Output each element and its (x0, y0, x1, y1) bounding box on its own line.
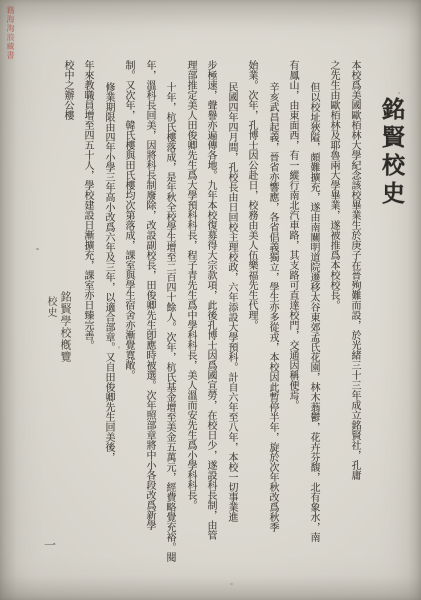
page-title: 銘賢校史 (378, 97, 408, 247)
page-number: 一 (44, 536, 56, 553)
text-column: 修業期限由四年小學三年高小改爲六年及三年，以適合部章。又自田俊卿先生回美後， (100, 60, 116, 572)
running-head-section: 校史 (43, 296, 58, 326)
scan-noise-speck (398, 92, 400, 94)
text-column: 辛亥武昌起義，晉省亦響應，各省倡義獨立，學生亦多從戎，本校因此暫停半年，旋於次年… (264, 60, 280, 572)
text-column: 制。又次年，韓氏樓與田氏樓均次第落成，課室與學生宿舍亦漸覺寬敞。 (120, 60, 136, 572)
text-column: 十年，杭氏樓落成，是年秋全校學生增至二百四十餘人。次年，杭氏基金增至美金五萬元，… (161, 60, 177, 572)
text-column: 民國四年四月間，孔校長由日回校主理校政，六年添設大學預科。計自六年至八年，本校一… (223, 60, 239, 572)
scan-noise-speck (230, 583, 233, 585)
scanned-page: 籍海淘浪藏書 銘賢校史 本校爲美國歐栢林大學紀念該校畢業生於庚子在晉殉難而設，於… (0, 0, 421, 600)
text-column: 步極速，聲譽亦遍傳各地。九年本校復募得大宗款項，此後孔博士因爲國宣勞，在校日少，… (202, 60, 218, 572)
text-column: 年來教職員增至四五十人，學校建設日漸擴充，課室亦日臻完善。 (79, 60, 95, 572)
scan-noise-speck (36, 248, 39, 250)
text-column: 始業。次年，孔博士因公赴日，校務由美人伍樂福先生代理。 (243, 60, 259, 572)
scan-watermark: 籍海淘浪藏書 (5, 6, 16, 76)
text-column: 有鳳山，由東面西，有一縱行南北汽車路，其支路可直達校門，交通因稱便焉。 (284, 60, 300, 572)
scan-noise-speck (118, 346, 120, 349)
text-column: 理部推定美人田俊卿先生爲大學預科科長，程子青先生爲中學科科長，美人溫而安先生爲小… (182, 60, 198, 572)
text-column: 但以校址狹隘，頗難擴充，遂由南關明道院遷移太谷東郊孟氏花園，林木蓊鬱，花卉芬馥，… (305, 60, 321, 572)
text-column: 本校爲美國歐栢林大學紀念該校畢業生於庚子在晉殉難而設，於光緒三十三年成立銘賢社，… (346, 60, 362, 572)
text-column: 之先生由歐栢林及耶魯兩大學畢業，遂被推爲本校校長。 (325, 60, 341, 572)
text-column: 年，溫科長回美，因將科長制廢除，改設副校長，田俊卿先生卽應時被選。次年照部章將中… (141, 60, 157, 572)
running-head-book-title: 銘賢學校槪覽 (57, 291, 73, 381)
